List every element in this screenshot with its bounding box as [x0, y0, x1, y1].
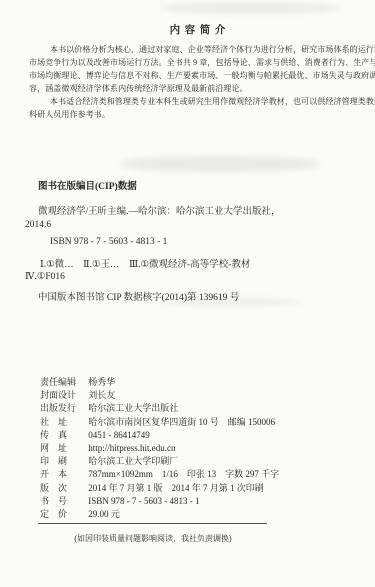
colophon-label: 传 真: [40, 428, 86, 441]
colophon-row-edition: 版 次 2014 年 7 月第 1 版 2014 年 7 月第 1 次印刷: [40, 481, 375, 494]
colophon-label: 定 价: [40, 507, 86, 520]
cip-class-line: Ⅰ.①微… Ⅱ.①王… Ⅲ.①微观经济-高等学校-教材: [40, 256, 250, 270]
colophon-value: 哈尔滨市南岗区复华四道街 10 号 邮编 150006: [88, 415, 275, 428]
cip-year: 2014.6: [25, 220, 51, 230]
summary-line: 科研人员用作参考书。: [29, 109, 110, 120]
cip-isbn: ISBN 978 - 7 - 5603 - 4813 - 1: [50, 237, 167, 247]
colophon-label: 社 址: [40, 415, 86, 428]
colophon-value: 哈尔滨工业大学印刷厂: [88, 454, 178, 467]
cip-header: 图书在版编目(CIP)数据: [38, 178, 137, 192]
colophon-label: 书 号: [40, 494, 86, 507]
colophon-value: 0451 - 86414749: [88, 430, 150, 440]
colophon-value: 29.00 元: [88, 507, 120, 520]
summary-line: 容，涵盖微观经济学体系内传统经济学原理及最新前沿理论。: [29, 83, 248, 94]
colophon-label: 责任编辑: [40, 375, 86, 388]
content-summary-title: 内 容 简 介: [28, 22, 368, 37]
colophon-row-price: 定 价 29.00 元: [40, 507, 375, 520]
colophon-row-fax: 传 真 0451 - 86414749: [40, 428, 375, 441]
colophon-value: ISBN 978 - 7 - 5603 - 4813 - 1: [88, 496, 199, 506]
colophon-label: 印 刷: [40, 454, 86, 467]
quality-exchange-note: (如因印装质量问题影响阅读，我社负责调换): [38, 533, 268, 544]
cip-title-line: 微观经济学/王昕主编.—哈尔滨：哈尔滨工业大学出版社，: [38, 203, 281, 217]
colophon-block: 责任编辑 杨秀华 封面设计 刘长友 出版发行 哈尔滨工业大学出版社 社 址 哈尔…: [40, 375, 375, 520]
colophon-label: 出版发行: [40, 401, 86, 414]
colophon-value: 刘长友: [88, 388, 115, 401]
colophon-row-address: 社 址 哈尔滨市南岗区复华四道街 10 号 邮编 150006: [40, 415, 375, 428]
colophon-value: 杨秀华: [88, 375, 115, 388]
summary-line: 本书适合经济类和管理类专业本科生或研究生用作微观经济学教材，也可以供经济管理类教…: [50, 96, 375, 107]
summary-line: 市场均衡理论、博弈论与信息不对称、生产要素市场、一般均衡与帕累托最优、市场失灵与…: [29, 70, 375, 81]
scan-artifact: [160, 2, 340, 14]
scan-artifact: [120, 156, 320, 172]
colophon-value: 787mm×1092mm 1/16 印张 13 字数 297 千字: [88, 467, 279, 480]
colophon-row-format: 开 本 787mm×1092mm 1/16 印张 13 字数 297 千字: [40, 467, 375, 480]
colophon-row-publisher: 出版发行 哈尔滨工业大学出版社: [40, 401, 375, 414]
colophon-row-cover-design: 封面设计 刘长友: [40, 388, 375, 401]
cip-record-number: 中国版本图书馆 CIP 数据核字(2014)第 139619 号: [38, 289, 239, 303]
colophon-row-printer: 印 刷 哈尔滨工业大学印刷厂: [40, 454, 375, 467]
divider-rule: [38, 523, 267, 524]
colophon-row-editor: 责任编辑 杨秀华: [40, 375, 375, 388]
cip-class-line2: Ⅳ.①F016: [25, 271, 65, 282]
colophon-label: 版 次: [40, 481, 86, 494]
colophon-value: http://hitpress.hit.edu.cn: [88, 443, 175, 453]
colophon-value: 2014 年 7 月第 1 版 2014 年 7 月第 1 次印刷: [88, 481, 264, 494]
colophon-label: 封面设计: [40, 388, 86, 401]
colophon-row-book-number: 书 号 ISBN 978 - 7 - 5603 - 4813 - 1: [40, 494, 375, 507]
colophon-label: 网 址: [40, 441, 86, 454]
colophon-label: 开 本: [40, 467, 86, 480]
summary-line: 市场竞争行为以及改善市场运行方法。全书共 9 章，包括导论、需求与供给、消费者行…: [29, 57, 375, 68]
book-copyright-page: 内 容 简 介 本书以价格分析为核心，通过对家庭、企业等经济个体行为进行分析，研…: [0, 0, 375, 587]
summary-line: 本书以价格分析为核心，通过对家庭、企业等经济个体行为进行分析，研究市场体系的运行…: [50, 44, 375, 55]
colophon-row-website: 网 址 http://hitpress.hit.edu.cn: [40, 441, 375, 454]
colophon-value: 哈尔滨工业大学出版社: [88, 401, 178, 414]
